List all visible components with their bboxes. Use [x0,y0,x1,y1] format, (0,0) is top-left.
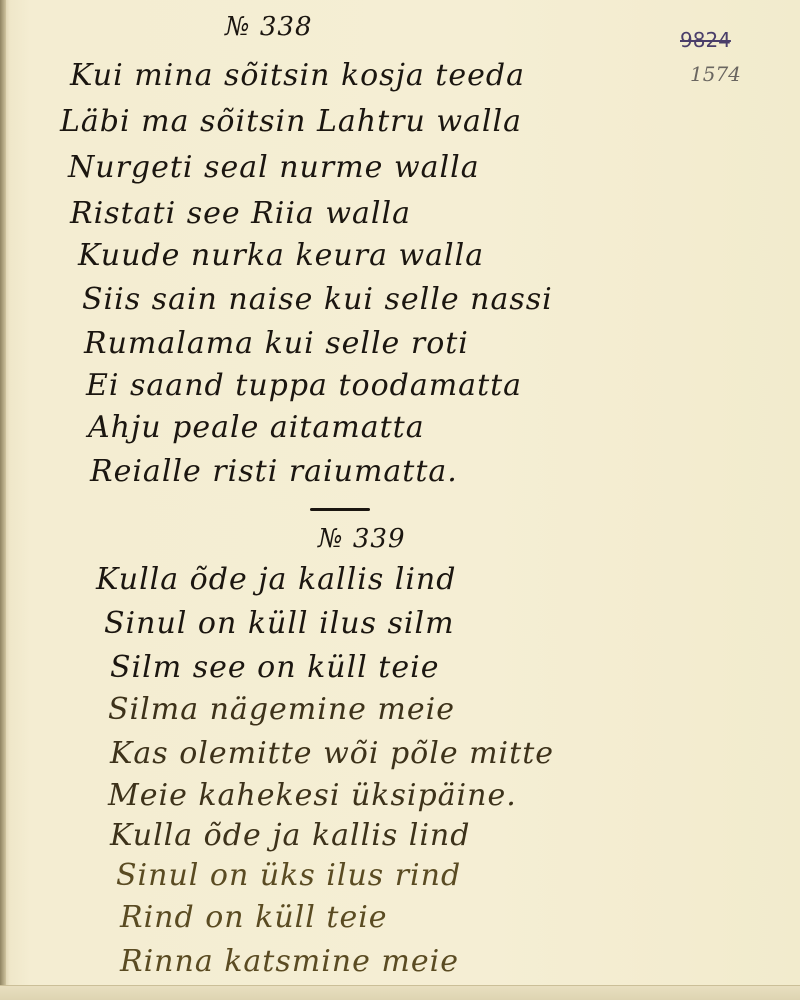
poem-line: Kulla õde ja kallis lind [96,562,456,597]
poem-line: Silma nägemine meie [108,692,455,727]
poem-line: Silm see on küll teie [110,650,439,685]
poem-line: Kulla õde ja kallis lind [110,818,470,853]
poem-number-339: № 339 [318,524,406,554]
binding-edge [0,0,6,1000]
poem-line: Ristati see Riia walla [70,196,411,231]
poem-line: Kui mina sõitsin kosja teeda [70,58,525,93]
manuscript-page: 9824 1574 № 338 Kui mina sõitsin kosja t… [0,0,800,1000]
poem-line: Nurgeti seal nurme walla [68,150,480,185]
section-divider [310,508,370,511]
archive-number: 1574 [690,62,741,86]
poem-line: Rumalama kui selle roti [84,326,469,361]
poem-number-338: № 338 [225,12,313,42]
poem-line: Läbi ma sõitsin Lahtru walla [60,104,522,139]
poem-line: Kas olemitte wõi põle mitte [110,736,554,771]
poem-line: Reialle risti raiumatta. [90,454,458,489]
page-bottom-edge [0,985,800,1000]
poem-line: Sinul on üks ilus rind [116,858,461,893]
poem-line: Sinul on küll ilus silm [104,606,455,641]
archive-number-struck: 9824 [680,28,731,52]
poem-line: Kuude nurka keura walla [78,238,484,273]
poem-line: Ahju peale aitamatta [88,410,425,445]
poem-line: Rinna katsmine meie [120,944,459,979]
poem-line: Ei saand tuppa toodamatta [86,368,522,403]
poem-line: Meie kahekesi üksipäine. [108,778,517,813]
poem-line: Siis sain naise kui selle nassi [82,282,553,317]
poem-line: Rind on küll teie [120,900,388,935]
